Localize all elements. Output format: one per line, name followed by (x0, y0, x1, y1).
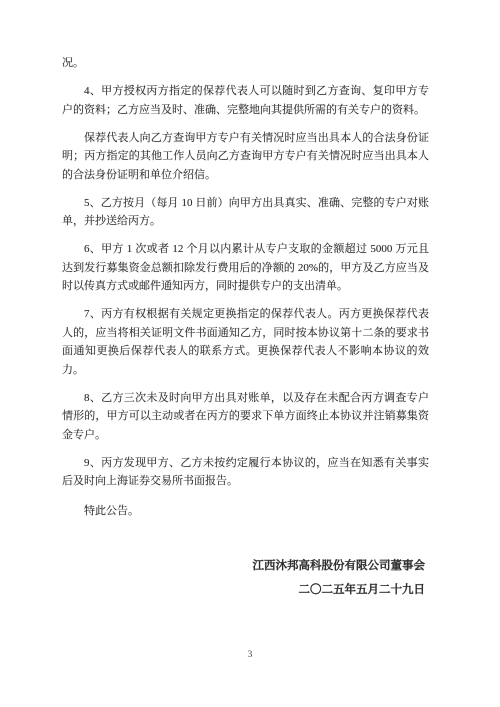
signature-block: 江西沐邦高科股份有限公司董事会 二〇二五年五月二十九日 (62, 554, 429, 602)
paragraph: 9、丙方发现甲方、乙方未按约定履行本协议的，应当在知悉有关事实后及时向上海证券交… (62, 454, 429, 491)
signature-company: 江西沐邦高科股份有限公司董事会 (62, 554, 425, 578)
document-body: 况。4、甲方授权丙方指定的保荐代表人可以随时到乙方查询、复印甲方专户的资料；乙方… (62, 54, 429, 602)
paragraph: 5、乙方按月（每月 10 日前）向甲方出具真实、准确、完整的专户对账单，并抄送给… (62, 194, 429, 231)
paragraph: 况。 (62, 54, 429, 73)
paragraph: 8、乙方三次未及时向甲方出具对账单，以及存在未配合丙方调查专户情形的，甲方可以主… (62, 389, 429, 445)
paragraph: 7、丙方有权根据有关规定更换指定的保荐代表人。丙方更换保荐代表人的，应当将相关证… (62, 305, 429, 379)
page-number: 3 (0, 650, 500, 660)
paragraph: 4、甲方授权丙方指定的保荐代表人可以随时到乙方查询、复印甲方专户的资料；乙方应当… (62, 82, 429, 119)
closing-statement: 特此公告。 (62, 502, 429, 521)
document-page: 况。4、甲方授权丙方指定的保荐代表人可以随时到乙方查询、复印甲方专户的资料；乙方… (0, 0, 500, 707)
signature-date: 二〇二五年五月二十九日 (62, 578, 425, 602)
paragraph: 保荐代表人向乙方查询甲方专户有关情况时应当出具本人的合法身份证明；丙方指定的其他… (62, 129, 429, 185)
paragraph: 6、甲方 1 次或者 12 个月以内累计从专户支取的金额超过 5000 万元且达… (62, 240, 429, 296)
